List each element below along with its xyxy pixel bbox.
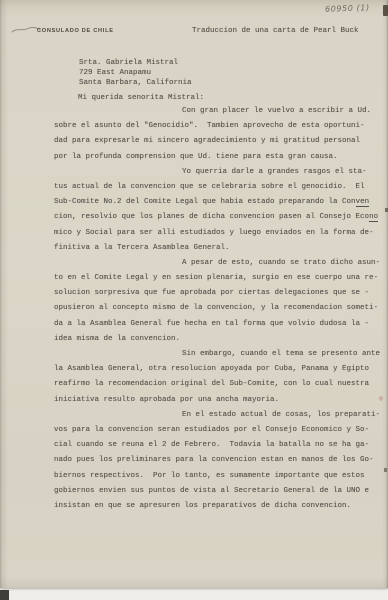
letter-body: Con gran placer le vuelvo a escribir a U… [54, 104, 384, 514]
scan-backing-mark [0, 590, 9, 600]
salutation: Mi querida senorita Mistral: [78, 94, 204, 102]
letter-body-line: biernos respectivos. Por lo tanto, es su… [54, 469, 384, 484]
archive-number-annotation: 60950 (1) [325, 3, 370, 14]
letter-body-line: En el estado actual de cosas, los prepar… [54, 408, 384, 423]
letter-body-line: Sub-Comite No.2 del Comite Legal que hab… [54, 195, 384, 210]
letter-body-line: vos para la convencion seran estudiados … [54, 423, 384, 438]
letter-body-line: gobiernos envien sus puntos de vista al … [54, 484, 384, 499]
letter-body-line: mico y Social para ser alli estudiados y… [54, 226, 384, 241]
address-line: Srta. Gabriela Mistral [79, 58, 192, 68]
letter-body-line: finitiva a la Tercera Asamblea General. [54, 241, 384, 256]
address-line: Santa Barbara, California [79, 78, 192, 88]
letter-body-line: to en el Comite Legal y en sesion plenar… [54, 271, 384, 286]
letter-body-line: A pesar de esto, cuando se trato dicho a… [54, 256, 384, 271]
letter-body-line: tus actual de la convencion que se celeb… [54, 180, 384, 195]
letter-body-line: Con gran placer le vuelvo a escribir a U… [54, 104, 384, 119]
address-line: 729 East Anapamu [79, 68, 192, 78]
letter-body-line: idea misma de la convencion. [54, 332, 384, 347]
translation-title: Traduccion de una carta de Pearl Buck [192, 27, 359, 35]
scanned-letter: 60950 (1) CONSULADO DE CHILE Traduccion … [0, 0, 388, 600]
letter-body-line: iniciativa resulto aprobada por una anch… [54, 393, 384, 408]
letter-body-line: nado pues los preliminares para la conve… [54, 453, 384, 468]
letterhead-consulado-de-chile: CONSULADO DE CHILE [37, 28, 114, 34]
letter-body-line: Sin embargo, cuando el tema se presento … [54, 347, 384, 362]
letter-body-line: cion, resolvio que los planes de dicha c… [54, 210, 384, 225]
letter-body-line: sobre el asunto del "Genocidio". Tambien… [54, 119, 384, 134]
scan-edge-mark [379, 396, 383, 401]
letter-body-line: dad para expresarle mi sincero agradecim… [54, 134, 384, 149]
letter-body-line: opusieron al concepto mismo de la conven… [54, 301, 384, 316]
scan-edge-mark [383, 5, 388, 16]
letter-body-line: reafirmo la recomendacion original del S… [54, 377, 384, 392]
letter-body-line: cial cuando se reuna el 2 de Febrero. To… [54, 438, 384, 453]
letter-body-line: Yo querria darle a grandes rasgos el sta… [54, 165, 384, 180]
letter-body-line: por la profunda comprension que Ud. tien… [54, 150, 384, 165]
letter-body-line: da a la Asamblea General fue hecha en ta… [54, 317, 384, 332]
recipient-address: Srta. Gabriela Mistral729 East AnapamuSa… [79, 58, 192, 88]
letter-page: 60950 (1) CONSULADO DE CHILE Traduccion … [0, 0, 388, 588]
scan-edge-mark [384, 468, 387, 472]
letter-body-line: solucion sorpresiva que fue aprobada por… [54, 286, 384, 301]
letter-body-line: insistan en que se apresuren los prepara… [54, 499, 384, 514]
letter-body-line: la Asamblea General, otra resolucion apo… [54, 362, 384, 377]
